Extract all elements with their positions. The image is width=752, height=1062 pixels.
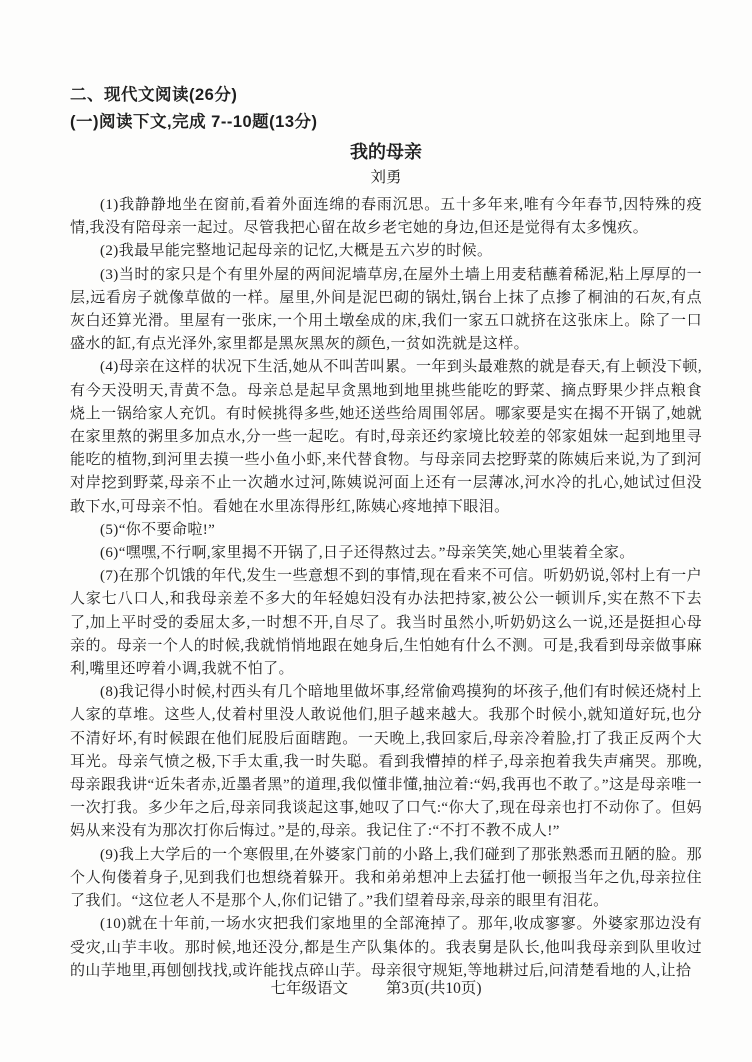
essay-paragraph: (1)我静静地坐在窗前,看着外面连绵的春雨沉思。五十多年来,唯有今年春节,因特殊…	[70, 194, 702, 240]
footer-page-label: 第3页(共10页)	[386, 976, 482, 998]
essay-paragraph: (9)我上大学后的一个寒假里,在外婆家门前的小路上,我们碰到了那张熟悉而丑陋的脸…	[70, 844, 702, 914]
essay-paragraph: (8)我记得小时候,村西头有几个暗地里做坏事,经常偷鸡摸狗的坏孩子,他们有时候还…	[70, 681, 702, 843]
essay-paragraph: (10)就在十年前,一场水灾把我们家地里的全部淹掉了。那年,收成寥寥。外婆家那边…	[70, 913, 702, 983]
essay-paragraph: (6)“嘿嘿,不行啊,家里揭不开锅了,日子还得熬过去。”母亲笑笑,她心里装着全家…	[70, 542, 702, 565]
essay-paragraph: (7)在那个饥饿的年代,发生一些意想不到的事情,现在看来不可信。听奶奶说,邻村上…	[70, 565, 702, 681]
exam-content: 二、现代文阅读(26分) (一)阅读下文,完成 7--10题(13分) 我的母亲…	[70, 82, 702, 983]
essay-paragraph: (4)母亲在这样的状况下生活,她从不叫苦叫累。一年到头最难熬的就是春天,有上顿没…	[70, 356, 702, 518]
essay-paragraph: (2)我最早能完整地记起母亲的记忆,大概是五六岁的时候。	[70, 240, 702, 263]
essay-paragraphs: (1)我静静地坐在窗前,看着外面连绵的春雨沉思。五十多年来,唯有今年春节,因特殊…	[70, 194, 702, 983]
essay-paragraph: (5)“你不要命啦!”	[70, 519, 702, 542]
essay-paragraph: (3)当时的家只是个有里外屋的两间泥墙草房,在屋外土墙上用麦秸蘸着稀泥,粘上厚厚…	[70, 264, 702, 357]
footer-course-label: 七年级语文	[270, 976, 348, 998]
page-footer: 七年级语文 第3页(共10页)	[0, 976, 752, 998]
section-heading: 二、现代文阅读(26分)	[70, 82, 702, 109]
exam-page: 二、现代文阅读(26分) (一)阅读下文,完成 7--10题(13分) 我的母亲…	[0, 0, 752, 1062]
essay-author: 刘勇	[70, 165, 702, 191]
subsection-heading: (一)阅读下文,完成 7--10题(13分)	[70, 109, 702, 136]
essay-title: 我的母亲	[70, 139, 702, 165]
